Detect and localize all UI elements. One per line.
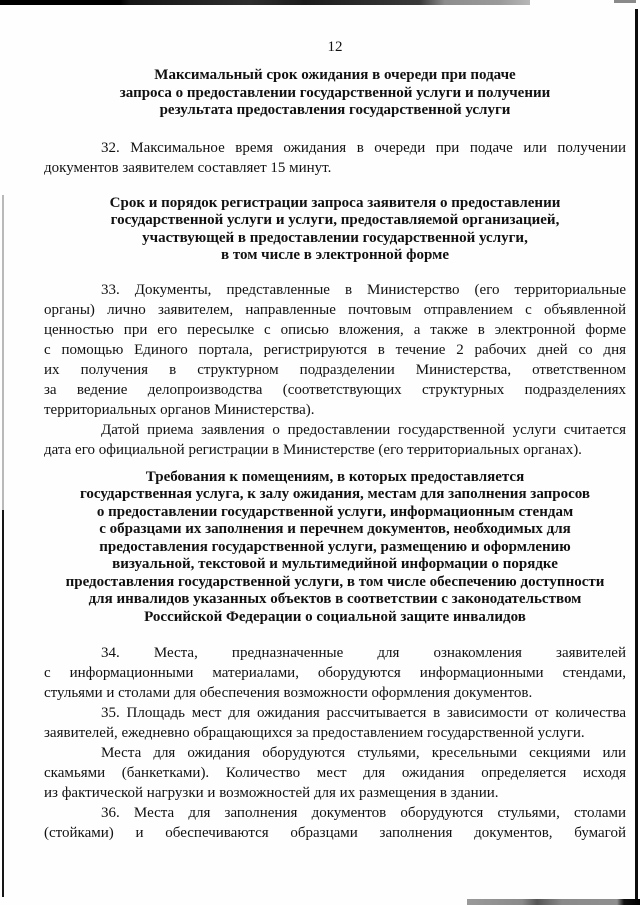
text-line: заявителей, ежедневно обращающихся за пр… xyxy=(44,723,626,743)
text-line: Датой приема заявления о предоставлении … xyxy=(44,420,626,440)
paragraph-33-date: Датой приема заявления о предоставлении … xyxy=(44,420,626,460)
heading-line: предоставления государственной услуги, р… xyxy=(44,539,626,557)
text-line: из фактической нагрузки и возможностей д… xyxy=(44,783,626,803)
heading-line: запроса о предоставлении государственной… xyxy=(44,85,626,103)
text-line: 33. Документы, представленные в Министер… xyxy=(44,280,626,300)
heading-max-wait-time: Максимальный срок ожидания в очереди при… xyxy=(44,67,626,120)
heading-line: результата предоставления государственно… xyxy=(44,102,626,120)
text-line: 34. Места, предназначенные для ознакомле… xyxy=(44,643,626,663)
paragraph-35: 35. Площадь мест для ожидания рассчитыва… xyxy=(44,703,626,743)
text-line: с помощью Единого портала, регистрируютс… xyxy=(44,340,626,360)
heading-line: предоставления государственной услуги, в… xyxy=(44,574,626,592)
paragraph-32: 32. Максимальное время ожидания в очеред… xyxy=(44,138,626,178)
page-number: 12 xyxy=(44,37,626,57)
heading-line: в том числе в электронной форме xyxy=(44,247,626,265)
heading-line: для инвалидов указанных объектов в соотв… xyxy=(44,591,626,609)
page-content: 12 Максимальный срок ожидания в очереди … xyxy=(0,0,640,843)
heading-line: государственной услуги и услуги, предост… xyxy=(44,212,626,230)
text-line: территориальных органов Министерства). xyxy=(44,400,626,420)
text-line: 32. Максимальное время ожидания в очеред… xyxy=(44,138,626,158)
text-line: 36. Места для заполнения документов обор… xyxy=(44,803,626,823)
text-line: дата его официальной регистрации в Минис… xyxy=(44,440,626,460)
heading-line: с образцами их заполнения и перечнем док… xyxy=(44,521,626,539)
paragraph-33: 33. Документы, представленные в Министер… xyxy=(44,280,626,420)
heading-line: государственная услуга, к залу ожидания,… xyxy=(44,486,626,504)
text-line: их получения в структурном подразделении… xyxy=(44,360,626,380)
document-page: 12 Максимальный срок ожидания в очереди … xyxy=(0,0,640,905)
heading-line: о предоставлении государственной услуги,… xyxy=(44,504,626,522)
text-line: скамьями (банкетками). Количество мест д… xyxy=(44,763,626,783)
heading-premises-requirements: Требования к помещениям, в которых предо… xyxy=(44,469,626,627)
text-line: документов заявителем составляет 15 мину… xyxy=(44,158,626,178)
text-line: органы) лично заявителем, направленные п… xyxy=(44,300,626,320)
scan-artifact-bottom-bar xyxy=(467,899,640,905)
text-line: за ведение делопроизводства (соответству… xyxy=(44,380,626,400)
text-line: ценностью при его пересылке с описью вло… xyxy=(44,320,626,340)
text-line: с информационными материалами, оборудуют… xyxy=(44,663,626,683)
heading-line: участвующей в предоставлении государстве… xyxy=(44,230,626,248)
heading-line: Российской Федерации о социальной защите… xyxy=(44,609,626,627)
text-line: (стойками) и обеспечиваются образцами за… xyxy=(44,823,626,843)
text-line: Места для ожидания оборудуются стульями,… xyxy=(44,743,626,763)
paragraph-36: 36. Места для заполнения документов обор… xyxy=(44,803,626,843)
text-line: стульями и столами для обеспечения возмо… xyxy=(44,683,626,703)
heading-line: Максимальный срок ожидания в очереди при… xyxy=(44,67,626,85)
heading-registration-term: Срок и порядок регистрации запроса заяви… xyxy=(44,195,626,265)
paragraph-34: 34. Места, предназначенные для ознакомле… xyxy=(44,643,626,703)
text-line: 35. Площадь мест для ожидания рассчитыва… xyxy=(44,703,626,723)
heading-line: Требования к помещениям, в которых предо… xyxy=(44,469,626,487)
heading-line: Срок и порядок регистрации запроса заяви… xyxy=(44,195,626,213)
paragraph-35-seats: Места для ожидания оборудуются стульями,… xyxy=(44,743,626,803)
heading-line: визуальной, текстовой и мультимедийной и… xyxy=(44,556,626,574)
